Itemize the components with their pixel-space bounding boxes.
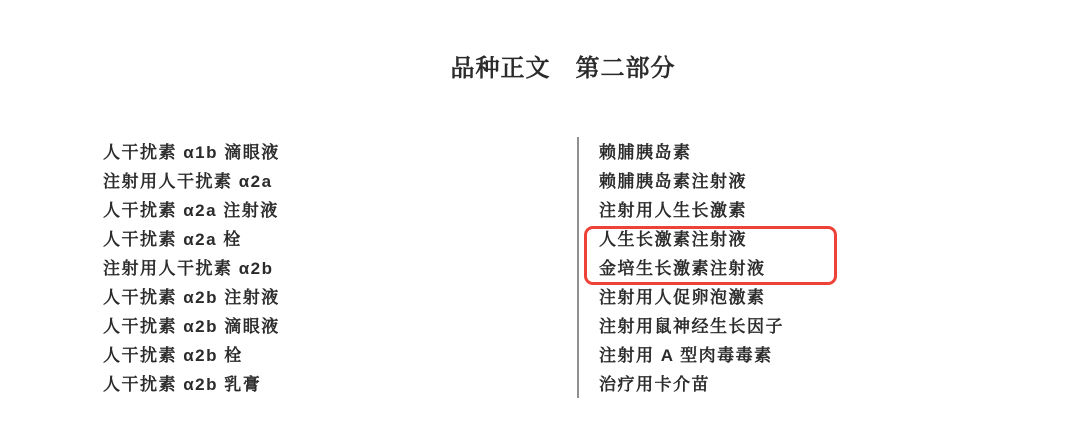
column-divider	[577, 137, 579, 398]
document-page: 品种正文 第二部分 人干扰素 α1b 滴眼液 注射用人干扰素 α2a 人干扰素 …	[0, 0, 1080, 445]
drug-entry: 人干扰素 α2b 滴眼液	[103, 312, 280, 341]
drug-entry: 人干扰素 α2b 注射液	[103, 283, 280, 312]
drug-entry-highlighted: 金培生长激素注射液	[599, 254, 784, 283]
drug-entry: 赖脯胰岛素	[599, 138, 784, 167]
right-column: 赖脯胰岛素 赖脯胰岛素注射液 注射用人生长激素 人生长激素注射液 金培生长激素注…	[599, 138, 784, 399]
drug-entry: 人干扰素 α1b 滴眼液	[103, 138, 280, 167]
drug-entry: 注射用 A 型肉毒毒素	[599, 341, 784, 370]
drug-entry: 人干扰素 α2b 栓	[103, 341, 280, 370]
drug-entry: 治疗用卡介苗	[599, 370, 784, 399]
drug-entry: 注射用鼠神经生长因子	[599, 312, 784, 341]
drug-entry: 人干扰素 α2a 注射液	[103, 196, 280, 225]
drug-entry: 人干扰素 α2b 乳膏	[103, 370, 280, 399]
drug-entry: 注射用人生长激素	[599, 196, 784, 225]
drug-entry: 注射用人促卵泡激素	[599, 283, 784, 312]
drug-entry: 注射用人干扰素 α2b	[103, 254, 280, 283]
left-column: 人干扰素 α1b 滴眼液 注射用人干扰素 α2a 人干扰素 α2a 注射液 人干…	[103, 138, 280, 399]
page-title: 品种正文 第二部分	[0, 48, 1080, 83]
drug-entry: 赖脯胰岛素注射液	[599, 167, 784, 196]
drug-entry: 人干扰素 α2a 栓	[103, 225, 280, 254]
drug-entry: 注射用人干扰素 α2a	[103, 167, 280, 196]
drug-entry-highlighted: 人生长激素注射液	[599, 225, 784, 254]
